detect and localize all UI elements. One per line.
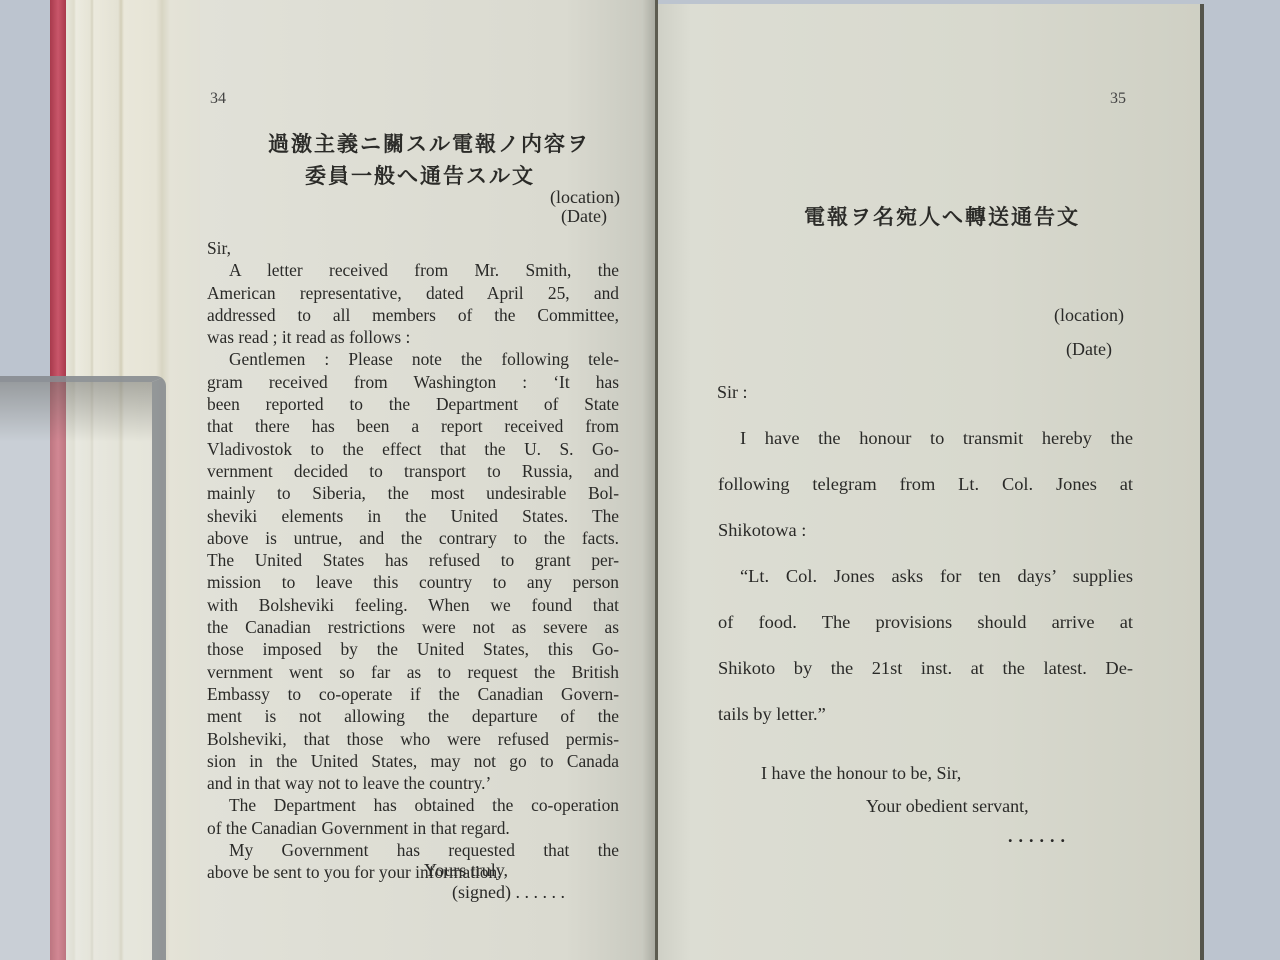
body-line: addressed to all members of the Committe…: [207, 304, 619, 326]
body-line: was read ; it read as follows :: [207, 326, 619, 348]
body-line: the Canadian restrictions were not as se…: [207, 616, 619, 638]
right-page-edge: [1200, 4, 1204, 960]
left-title-line-2: 委員一般へ通告スル文: [305, 160, 535, 190]
right-body-line: following telegram from Lt. Col. Jones a…: [718, 474, 1133, 495]
body-line: American representative, dated April 25,…: [207, 282, 619, 304]
body-line: ment is not allowing the departure of th…: [207, 705, 619, 727]
right-body-line: “Lt. Col. Jones asks for ten days’ suppl…: [740, 566, 1133, 587]
right-body-line: of food. The provisions should arrive at: [718, 612, 1133, 633]
body-line: Vladivostok to the effect that the U. S.…: [207, 438, 619, 460]
body-line: Embassy to co-operate if the Canadian Go…: [207, 683, 619, 705]
body-line: sheviki elements in the United States. T…: [207, 505, 619, 527]
body-line: with Bolsheviki feeling. When we found t…: [207, 594, 619, 616]
body-line: Gentlemen : Please note the following te…: [207, 348, 619, 370]
body-line: The United States has refused to grant p…: [207, 549, 619, 571]
right-location: (location): [1054, 305, 1124, 326]
right-body-line: tails by letter.”: [718, 704, 1133, 725]
body-line: Bolsheviki, that those who were refused …: [207, 728, 619, 750]
left-date: (Date): [561, 206, 607, 227]
body-line: been reported to the Department of State: [207, 393, 619, 415]
body-line: vernment went so far as to request the B…: [207, 661, 619, 683]
body-line: and in that way not to leave the country…: [207, 772, 619, 794]
body-line: mission to leave this country to any per…: [207, 571, 619, 593]
left-title-line-1: 過激主義ニ關スル電報ノ内容ヲ: [268, 128, 590, 158]
body-line: those imposed by the United States, this…: [207, 638, 619, 660]
body-line: A letter received from Mr. Smith, the: [207, 259, 619, 281]
body-line: vernment decided to transport to Russia,…: [207, 460, 619, 482]
right-signature: ......: [1008, 826, 1071, 847]
acrylic-page-holder: [0, 376, 166, 960]
body-line: mainly to Siberia, the most undesirable …: [207, 482, 619, 504]
right-page-number: 35: [1110, 90, 1126, 108]
right-title: 電報ヲ名宛人へ轉送通告文: [804, 201, 1080, 231]
right-closing-2: Your obedient servant,: [866, 796, 1029, 817]
body-line: above be sent to you for your informatio…: [207, 861, 619, 883]
right-salutation: Sir :: [717, 382, 748, 403]
right-closing-1: I have the honour to be, Sir,: [761, 763, 961, 784]
body-line: sion in the United States, may not go to…: [207, 750, 619, 772]
body-line: gram received from Washington : ‘It has: [207, 371, 619, 393]
left-salutation: Sir,: [207, 237, 619, 259]
left-signature: (signed) . . . . . .: [452, 882, 565, 903]
body-line: My Government has requested that the: [207, 839, 619, 861]
right-date: (Date): [1066, 339, 1112, 360]
body-line: above is untrue, and the contrary to the…: [207, 527, 619, 549]
right-body-line: I have the honour to transmit hereby the: [740, 428, 1133, 449]
left-closing: Yours truly,: [424, 860, 508, 881]
left-location: (location): [550, 187, 620, 208]
left-letter-body: Sir, A letter received from Mr. Smith, t…: [207, 237, 619, 884]
body-line: of the Canadian Government in that regar…: [207, 817, 619, 839]
body-line: that there has been a report received fr…: [207, 415, 619, 437]
body-line: The Department has obtained the co-opera…: [207, 794, 619, 816]
left-page-number: 34: [210, 90, 226, 108]
right-body-line: Shikoto by the 21st inst. at the latest.…: [718, 658, 1133, 679]
right-body-line: Shikotowa :: [718, 520, 1133, 541]
